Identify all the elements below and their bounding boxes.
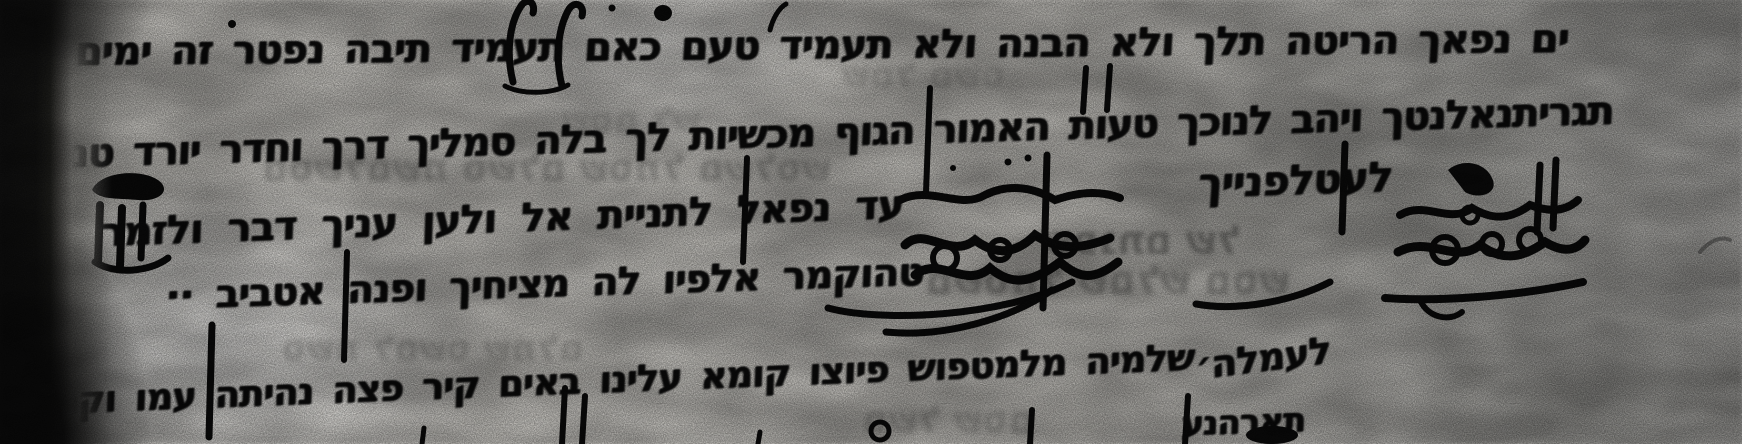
manuscript-scan-page: םסשלםשמ סשלם שסמל םשלסש שפנתם של םשסמל ש…: [0, 0, 1742, 444]
bleedthrough-ghost-text: םשל שסם: [862, 398, 1182, 444]
margin-note-lower: תארהנע: [1181, 400, 1306, 444]
faint-stray-mark: [1700, 239, 1730, 253]
bleedthrough-ghost-text: םשסמל שםלש םסש: [925, 258, 1320, 306]
margin-note-upper: לעמלה׳: [1195, 328, 1331, 389]
page-edge-shadow-top: [0, 0, 150, 90]
text-line-1: ים נפאך הריטה תלך ולא הבנה ולא תעמיד טעם…: [0, 16, 1570, 76]
text-line-4: טהוקמר אלפיו לה מציחיך ופנה אטביב ··: [164, 250, 924, 319]
page-edge-shadow-bottom: [0, 204, 150, 444]
scribble-cluster-right: [1385, 160, 1585, 317]
text-line-3-right-segment: לעטלפנייך: [1197, 152, 1394, 208]
bleedthrough-ghost-text: שפנתם של: [1042, 218, 1322, 262]
text-line-3-left-segment: עד נפאל לתניית אל ולען עניך דבר ולזמר: [100, 182, 904, 256]
